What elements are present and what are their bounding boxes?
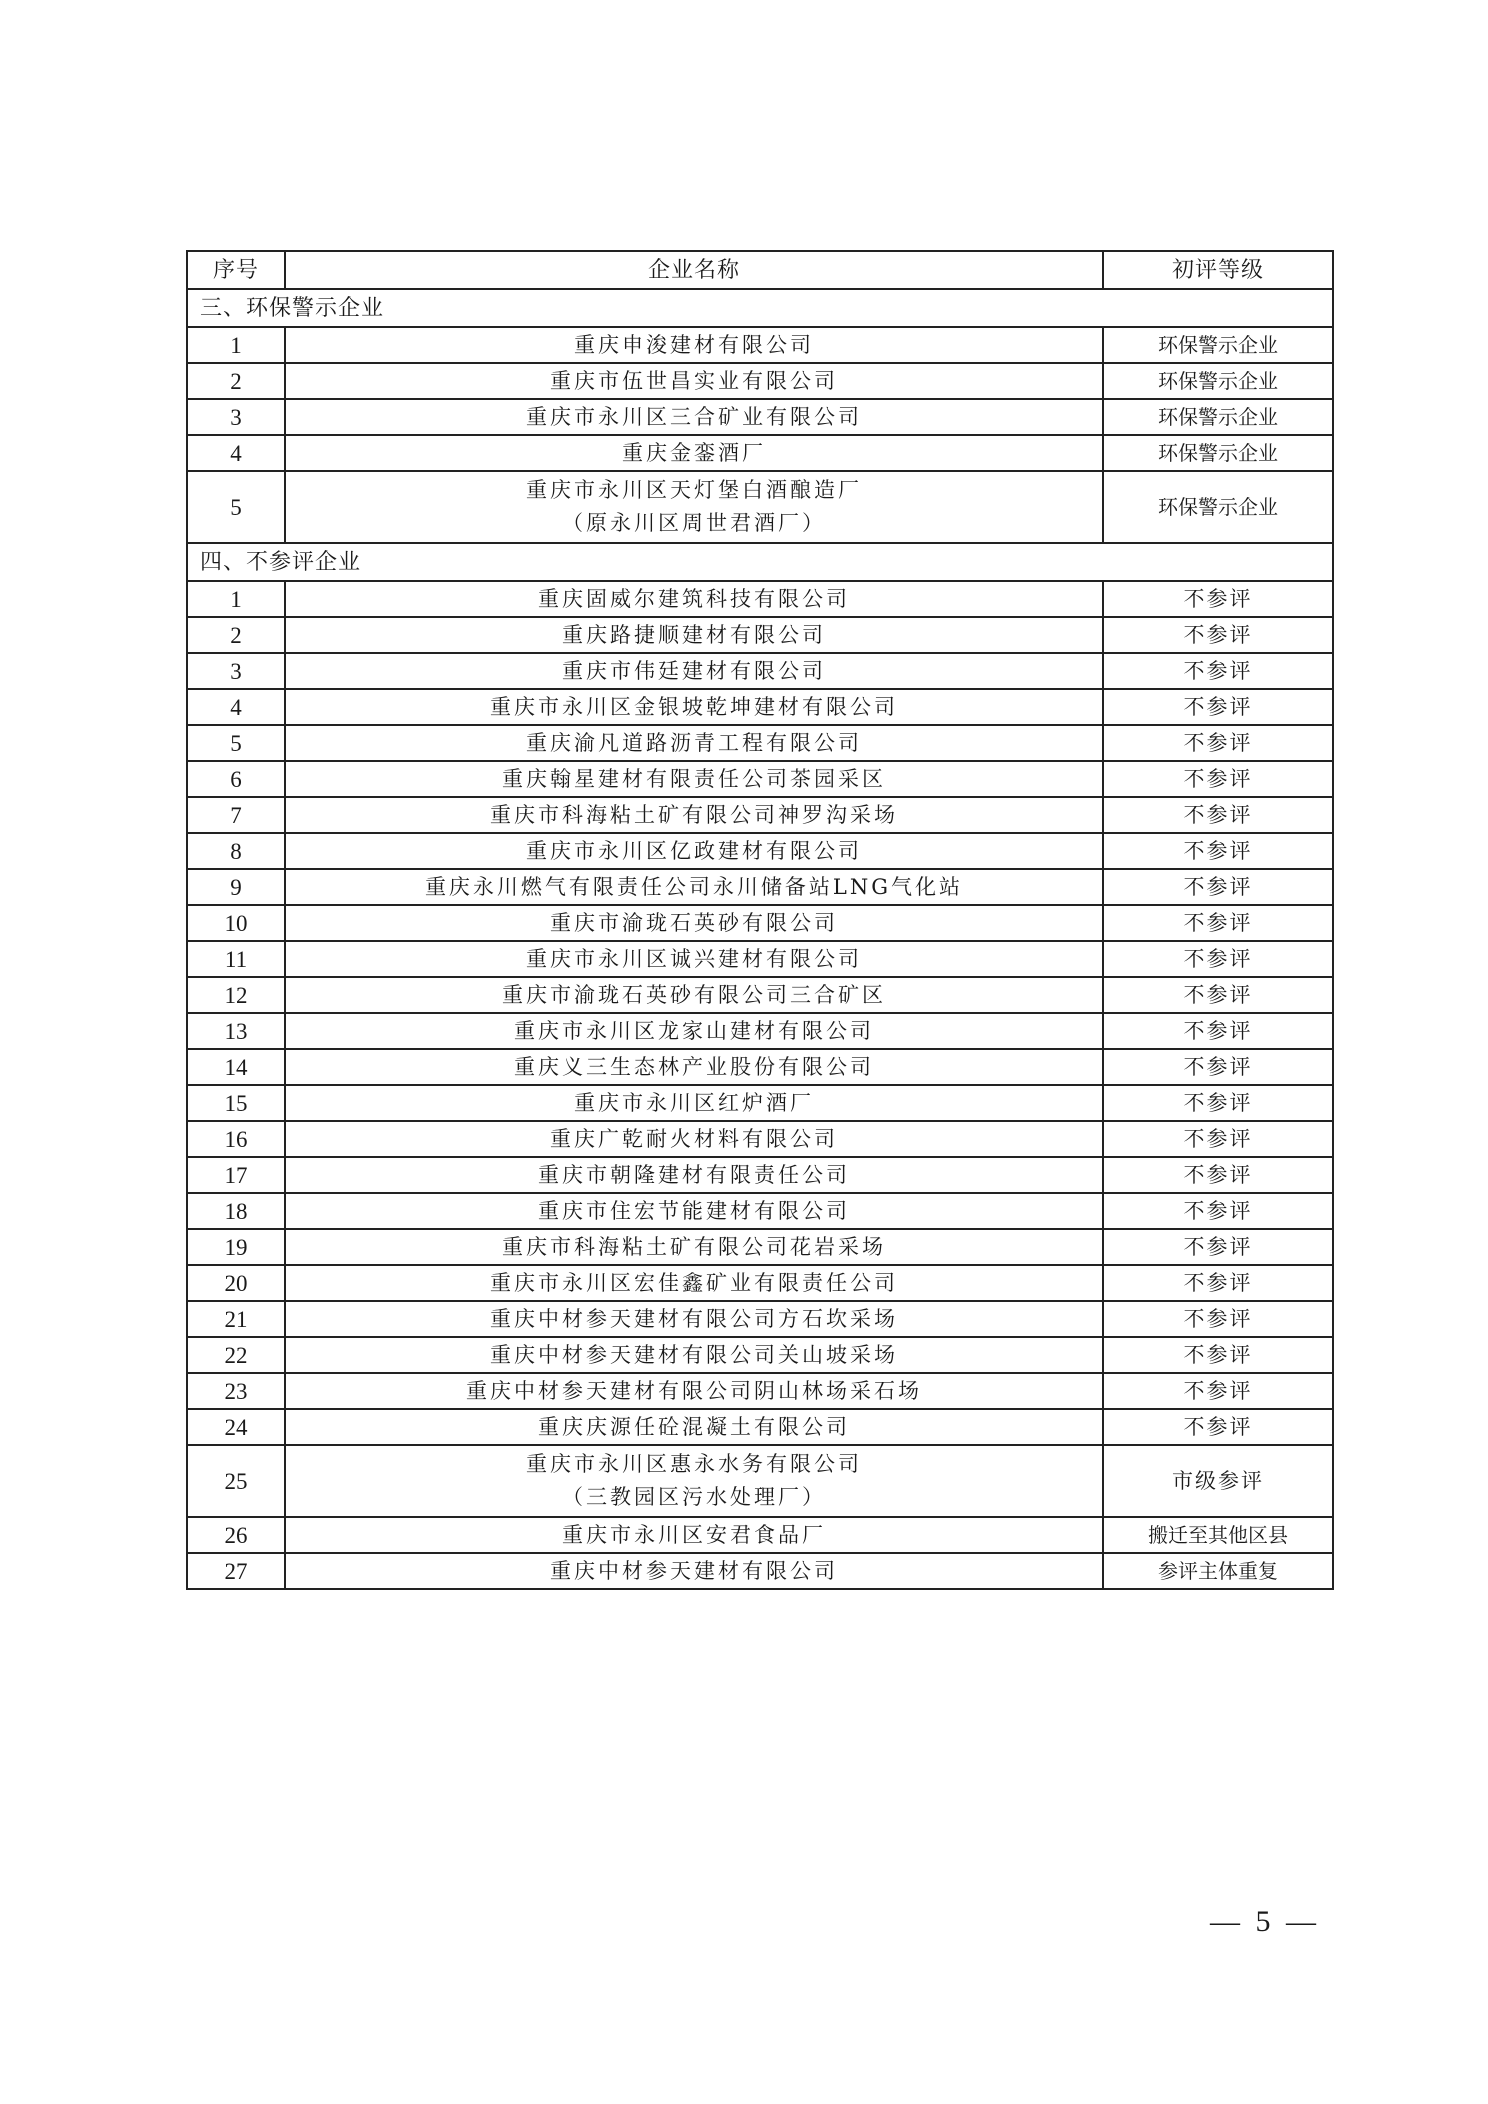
initial-grade: 环保警示企业 bbox=[1103, 363, 1333, 399]
table-row: 4重庆金銮酒厂环保警示企业 bbox=[187, 435, 1333, 471]
initial-grade: 环保警示企业 bbox=[1103, 435, 1333, 471]
enterprise-name: 重庆中材参天建材有限公司 bbox=[286, 1555, 1102, 1588]
header-index: 序号 bbox=[187, 251, 285, 289]
row-index: 25 bbox=[187, 1445, 285, 1517]
table-row: 10重庆市渝珑石英砂有限公司不参评 bbox=[187, 905, 1333, 941]
enterprise-name-cell: 重庆永川燃气有限责任公司永川储备站LNG气化站 bbox=[285, 869, 1103, 905]
enterprise-name: 重庆渝凡道路沥青工程有限公司 bbox=[286, 727, 1102, 760]
initial-grade: 不参评 bbox=[1103, 1301, 1333, 1337]
enterprise-name-cell: 重庆市永川区安君食品厂 bbox=[285, 1517, 1103, 1553]
table-row: 2重庆路捷顺建材有限公司不参评 bbox=[187, 617, 1333, 653]
row-index: 14 bbox=[187, 1049, 285, 1085]
row-index: 2 bbox=[187, 617, 285, 653]
page-number: — 5 — bbox=[1210, 1905, 1320, 1939]
enterprise-name: 重庆永川燃气有限责任公司永川储备站LNG气化站 bbox=[286, 871, 1102, 904]
enterprise-name-cell: 重庆市渝珑石英砂有限公司 bbox=[285, 905, 1103, 941]
row-index: 19 bbox=[187, 1229, 285, 1265]
enterprise-name: 重庆市住宏节能建材有限公司 bbox=[286, 1195, 1102, 1228]
table-row: 3重庆市伟廷建材有限公司不参评 bbox=[187, 653, 1333, 689]
enterprise-rating-table: 序号 企业名称 初评等级 三、环保警示企业1重庆申浚建材有限公司环保警示企业2重… bbox=[186, 250, 1334, 1590]
enterprise-name: 重庆市伍世昌实业有限公司 bbox=[286, 365, 1102, 398]
table-row: 9重庆永川燃气有限责任公司永川储备站LNG气化站不参评 bbox=[187, 869, 1333, 905]
enterprise-name-cell: 重庆市永川区龙家山建材有限公司 bbox=[285, 1013, 1103, 1049]
enterprise-name-cell: 重庆固威尔建筑科技有限公司 bbox=[285, 581, 1103, 617]
enterprise-name: （原永川区周世君酒厂） bbox=[286, 507, 1102, 540]
row-index: 5 bbox=[187, 471, 285, 543]
initial-grade: 环保警示企业 bbox=[1103, 327, 1333, 363]
enterprise-name-cell: 重庆义三生态林产业股份有限公司 bbox=[285, 1049, 1103, 1085]
initial-grade: 不参评 bbox=[1103, 653, 1333, 689]
enterprise-name: 重庆中材参天建材有限公司关山坡采场 bbox=[286, 1339, 1102, 1372]
enterprise-name-cell: 重庆市科海粘土矿有限公司花岩采场 bbox=[285, 1229, 1103, 1265]
row-index: 24 bbox=[187, 1409, 285, 1445]
enterprise-name-cell: 重庆市永川区三合矿业有限公司 bbox=[285, 399, 1103, 435]
row-index: 7 bbox=[187, 797, 285, 833]
table-row: 14重庆义三生态林产业股份有限公司不参评 bbox=[187, 1049, 1333, 1085]
table-row: 25重庆市永川区惠永水务有限公司（三教园区污水处理厂）市级参评 bbox=[187, 1445, 1333, 1517]
initial-grade: 参评主体重复 bbox=[1103, 1553, 1333, 1589]
table-header-row: 序号 企业名称 初评等级 bbox=[187, 251, 1333, 289]
table-row: 20重庆市永川区宏佳鑫矿业有限责任公司不参评 bbox=[187, 1265, 1333, 1301]
enterprise-name-cell: 重庆市永川区金银坡乾坤建材有限公司 bbox=[285, 689, 1103, 725]
enterprise-name-cell: 重庆市住宏节能建材有限公司 bbox=[285, 1193, 1103, 1229]
enterprise-name: 重庆市科海粘土矿有限公司花岩采场 bbox=[286, 1231, 1102, 1264]
row-index: 21 bbox=[187, 1301, 285, 1337]
table-row: 3重庆市永川区三合矿业有限公司环保警示企业 bbox=[187, 399, 1333, 435]
row-index: 13 bbox=[187, 1013, 285, 1049]
enterprise-name: 重庆市永川区金银坡乾坤建材有限公司 bbox=[286, 691, 1102, 724]
table-row: 23重庆中材参天建材有限公司阴山林场采石场不参评 bbox=[187, 1373, 1333, 1409]
enterprise-name: 重庆市科海粘土矿有限公司神罗沟采场 bbox=[286, 799, 1102, 832]
initial-grade: 不参评 bbox=[1103, 1157, 1333, 1193]
enterprise-name-cell: 重庆市伟廷建材有限公司 bbox=[285, 653, 1103, 689]
row-index: 26 bbox=[187, 1517, 285, 1553]
enterprise-name-cell: 重庆市朝隆建材有限责任公司 bbox=[285, 1157, 1103, 1193]
enterprise-name: 重庆义三生态林产业股份有限公司 bbox=[286, 1051, 1102, 1084]
header-initial-grade: 初评等级 bbox=[1103, 251, 1333, 289]
enterprise-name: 重庆申浚建材有限公司 bbox=[286, 329, 1102, 362]
initial-grade: 不参评 bbox=[1103, 869, 1333, 905]
initial-grade: 不参评 bbox=[1103, 1013, 1333, 1049]
table-row: 12重庆市渝珑石英砂有限公司三合矿区不参评 bbox=[187, 977, 1333, 1013]
row-index: 20 bbox=[187, 1265, 285, 1301]
initial-grade: 不参评 bbox=[1103, 977, 1333, 1013]
enterprise-name: 重庆固威尔建筑科技有限公司 bbox=[286, 583, 1102, 616]
table-body: 三、环保警示企业1重庆申浚建材有限公司环保警示企业2重庆市伍世昌实业有限公司环保… bbox=[187, 289, 1333, 1589]
row-index: 3 bbox=[187, 653, 285, 689]
section-header-row: 四、不参评企业 bbox=[187, 543, 1333, 581]
enterprise-name-cell: 重庆广乾耐火材料有限公司 bbox=[285, 1121, 1103, 1157]
enterprise-name: 重庆市永川区宏佳鑫矿业有限责任公司 bbox=[286, 1267, 1102, 1300]
row-index: 4 bbox=[187, 689, 285, 725]
enterprise-rating-table-container: 序号 企业名称 初评等级 三、环保警示企业1重庆申浚建材有限公司环保警示企业2重… bbox=[186, 250, 1332, 1590]
enterprise-name: 重庆翰星建材有限责任公司茶园采区 bbox=[286, 763, 1102, 796]
table-row: 21重庆中材参天建材有限公司方石坎采场不参评 bbox=[187, 1301, 1333, 1337]
enterprise-name-cell: 重庆中材参天建材有限公司关山坡采场 bbox=[285, 1337, 1103, 1373]
initial-grade: 不参评 bbox=[1103, 1265, 1333, 1301]
row-index: 10 bbox=[187, 905, 285, 941]
initial-grade: 不参评 bbox=[1103, 797, 1333, 833]
initial-grade: 不参评 bbox=[1103, 1337, 1333, 1373]
initial-grade: 搬迁至其他区县 bbox=[1103, 1517, 1333, 1553]
row-index: 27 bbox=[187, 1553, 285, 1589]
enterprise-name: 重庆市永川区红炉酒厂 bbox=[286, 1087, 1102, 1120]
enterprise-name: 重庆市永川区诚兴建材有限公司 bbox=[286, 943, 1102, 976]
row-index: 18 bbox=[187, 1193, 285, 1229]
enterprise-name-cell: 重庆中材参天建材有限公司阴山林场采石场 bbox=[285, 1373, 1103, 1409]
enterprise-name-cell: 重庆翰星建材有限责任公司茶园采区 bbox=[285, 761, 1103, 797]
enterprise-name: 重庆市朝隆建材有限责任公司 bbox=[286, 1159, 1102, 1192]
initial-grade: 不参评 bbox=[1103, 617, 1333, 653]
enterprise-name-cell: 重庆市永川区惠永水务有限公司（三教园区污水处理厂） bbox=[285, 1445, 1103, 1517]
enterprise-name: 重庆中材参天建材有限公司方石坎采场 bbox=[286, 1303, 1102, 1336]
enterprise-name-cell: 重庆市永川区天灯堡白酒酿造厂（原永川区周世君酒厂） bbox=[285, 471, 1103, 543]
table-row: 18重庆市住宏节能建材有限公司不参评 bbox=[187, 1193, 1333, 1229]
row-index: 9 bbox=[187, 869, 285, 905]
enterprise-name-cell: 重庆市科海粘土矿有限公司神罗沟采场 bbox=[285, 797, 1103, 833]
table-row: 2重庆市伍世昌实业有限公司环保警示企业 bbox=[187, 363, 1333, 399]
table-row: 24重庆庆源任砼混凝土有限公司不参评 bbox=[187, 1409, 1333, 1445]
enterprise-name-cell: 重庆庆源任砼混凝土有限公司 bbox=[285, 1409, 1103, 1445]
enterprise-name: 重庆市永川区惠永水务有限公司 bbox=[286, 1448, 1102, 1481]
initial-grade: 不参评 bbox=[1103, 1229, 1333, 1265]
table-row: 16重庆广乾耐火材料有限公司不参评 bbox=[187, 1121, 1333, 1157]
enterprise-name: 重庆金銮酒厂 bbox=[286, 437, 1102, 470]
table-row: 7重庆市科海粘土矿有限公司神罗沟采场不参评 bbox=[187, 797, 1333, 833]
row-index: 3 bbox=[187, 399, 285, 435]
enterprise-name: 重庆市渝珑石英砂有限公司 bbox=[286, 907, 1102, 940]
row-index: 23 bbox=[187, 1373, 285, 1409]
table-row: 6重庆翰星建材有限责任公司茶园采区不参评 bbox=[187, 761, 1333, 797]
table-row: 1重庆申浚建材有限公司环保警示企业 bbox=[187, 327, 1333, 363]
enterprise-name-cell: 重庆中材参天建材有限公司方石坎采场 bbox=[285, 1301, 1103, 1337]
enterprise-name: 重庆市永川区三合矿业有限公司 bbox=[286, 401, 1102, 434]
enterprise-name: 重庆市伟廷建材有限公司 bbox=[286, 655, 1102, 688]
initial-grade: 不参评 bbox=[1103, 1085, 1333, 1121]
enterprise-name-cell: 重庆申浚建材有限公司 bbox=[285, 327, 1103, 363]
enterprise-name-cell: 重庆市永川区亿政建材有限公司 bbox=[285, 833, 1103, 869]
enterprise-name: 重庆市永川区龙家山建材有限公司 bbox=[286, 1015, 1102, 1048]
initial-grade: 不参评 bbox=[1103, 1409, 1333, 1445]
header-enterprise-name: 企业名称 bbox=[285, 251, 1103, 289]
section-title: 四、不参评企业 bbox=[187, 543, 1333, 581]
enterprise-name: 重庆市渝珑石英砂有限公司三合矿区 bbox=[286, 979, 1102, 1012]
enterprise-name: 重庆市永川区安君食品厂 bbox=[286, 1519, 1102, 1552]
row-index: 22 bbox=[187, 1337, 285, 1373]
table-row: 19重庆市科海粘土矿有限公司花岩采场不参评 bbox=[187, 1229, 1333, 1265]
row-index: 15 bbox=[187, 1085, 285, 1121]
initial-grade: 不参评 bbox=[1103, 941, 1333, 977]
row-index: 5 bbox=[187, 725, 285, 761]
enterprise-name-cell: 重庆渝凡道路沥青工程有限公司 bbox=[285, 725, 1103, 761]
enterprise-name-cell: 重庆市永川区诚兴建材有限公司 bbox=[285, 941, 1103, 977]
initial-grade: 不参评 bbox=[1103, 761, 1333, 797]
initial-grade: 不参评 bbox=[1103, 581, 1333, 617]
table-row: 13重庆市永川区龙家山建材有限公司不参评 bbox=[187, 1013, 1333, 1049]
row-index: 2 bbox=[187, 363, 285, 399]
row-index: 17 bbox=[187, 1157, 285, 1193]
enterprise-name: 重庆庆源任砼混凝土有限公司 bbox=[286, 1411, 1102, 1444]
row-index: 6 bbox=[187, 761, 285, 797]
table-row: 5重庆市永川区天灯堡白酒酿造厂（原永川区周世君酒厂）环保警示企业 bbox=[187, 471, 1333, 543]
enterprise-name: 重庆中材参天建材有限公司阴山林场采石场 bbox=[286, 1375, 1102, 1408]
row-index: 1 bbox=[187, 327, 285, 363]
row-index: 16 bbox=[187, 1121, 285, 1157]
initial-grade: 不参评 bbox=[1103, 725, 1333, 761]
initial-grade: 市级参评 bbox=[1103, 1445, 1333, 1517]
initial-grade: 环保警示企业 bbox=[1103, 471, 1333, 543]
table-row: 27重庆中材参天建材有限公司参评主体重复 bbox=[187, 1553, 1333, 1589]
initial-grade: 不参评 bbox=[1103, 905, 1333, 941]
table-row: 4重庆市永川区金银坡乾坤建材有限公司不参评 bbox=[187, 689, 1333, 725]
initial-grade: 不参评 bbox=[1103, 1193, 1333, 1229]
table-row: 5重庆渝凡道路沥青工程有限公司不参评 bbox=[187, 725, 1333, 761]
enterprise-name-cell: 重庆中材参天建材有限公司 bbox=[285, 1553, 1103, 1589]
enterprise-name: （三教园区污水处理厂） bbox=[286, 1481, 1102, 1514]
enterprise-name: 重庆市永川区天灯堡白酒酿造厂 bbox=[286, 474, 1102, 507]
table-row: 26重庆市永川区安君食品厂搬迁至其他区县 bbox=[187, 1517, 1333, 1553]
enterprise-name: 重庆路捷顺建材有限公司 bbox=[286, 619, 1102, 652]
initial-grade: 不参评 bbox=[1103, 689, 1333, 725]
enterprise-name-cell: 重庆金銮酒厂 bbox=[285, 435, 1103, 471]
section-header-row: 三、环保警示企业 bbox=[187, 289, 1333, 327]
initial-grade: 不参评 bbox=[1103, 1049, 1333, 1085]
enterprise-name: 重庆广乾耐火材料有限公司 bbox=[286, 1123, 1102, 1156]
enterprise-name-cell: 重庆市永川区宏佳鑫矿业有限责任公司 bbox=[285, 1265, 1103, 1301]
table-row: 1重庆固威尔建筑科技有限公司不参评 bbox=[187, 581, 1333, 617]
row-index: 8 bbox=[187, 833, 285, 869]
initial-grade: 不参评 bbox=[1103, 833, 1333, 869]
enterprise-name-cell: 重庆路捷顺建材有限公司 bbox=[285, 617, 1103, 653]
enterprise-name: 重庆市永川区亿政建材有限公司 bbox=[286, 835, 1102, 868]
table-row: 15重庆市永川区红炉酒厂不参评 bbox=[187, 1085, 1333, 1121]
table-row: 22重庆中材参天建材有限公司关山坡采场不参评 bbox=[187, 1337, 1333, 1373]
table-row: 17重庆市朝隆建材有限责任公司不参评 bbox=[187, 1157, 1333, 1193]
enterprise-name-cell: 重庆市永川区红炉酒厂 bbox=[285, 1085, 1103, 1121]
initial-grade: 不参评 bbox=[1103, 1373, 1333, 1409]
section-title: 三、环保警示企业 bbox=[187, 289, 1333, 327]
row-index: 11 bbox=[187, 941, 285, 977]
initial-grade: 环保警示企业 bbox=[1103, 399, 1333, 435]
enterprise-name-cell: 重庆市渝珑石英砂有限公司三合矿区 bbox=[285, 977, 1103, 1013]
initial-grade: 不参评 bbox=[1103, 1121, 1333, 1157]
table-row: 8重庆市永川区亿政建材有限公司不参评 bbox=[187, 833, 1333, 869]
table-row: 11重庆市永川区诚兴建材有限公司不参评 bbox=[187, 941, 1333, 977]
row-index: 4 bbox=[187, 435, 285, 471]
row-index: 12 bbox=[187, 977, 285, 1013]
enterprise-name-cell: 重庆市伍世昌实业有限公司 bbox=[285, 363, 1103, 399]
row-index: 1 bbox=[187, 581, 285, 617]
